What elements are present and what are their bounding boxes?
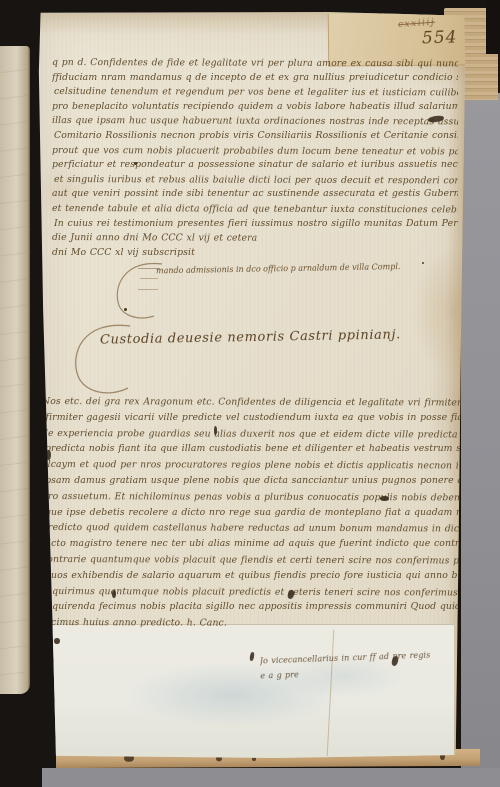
- manuscript-line: et tenende tabule et alia dicta officia …: [52, 202, 458, 218]
- fore-edge-shadow-corner: [486, 0, 500, 54]
- ink-blot: [380, 496, 389, 501]
- manuscript-line: contrarie quantumque vobis placuit que f…: [42, 552, 462, 569]
- ink-blot: [112, 590, 116, 598]
- manuscript-line: ffiduciam nram mandamus q de incepto de …: [52, 71, 458, 86]
- manuscript-line: ipsam damus gratiam usque plene nobis qu…: [42, 473, 462, 489]
- manuscript-line: pro beneplacito voluntatis recipiendo qu…: [52, 100, 458, 115]
- manuscript-line: ffirmiter gagesii vicarii ville predicte…: [42, 410, 462, 426]
- background-surface-right: [461, 93, 500, 787]
- manuscript-line: dni Mo CCC xl vij subscripsit: [52, 246, 458, 261]
- ink-blot: [54, 638, 60, 644]
- folio-number: 554: [422, 28, 458, 47]
- manuscript-line: pro assuetum. Et nichilominus penas vobi…: [42, 489, 462, 506]
- marginal-note: mando admissionis in dco officio p arnal…: [156, 262, 428, 277]
- manuscript-line: Comitario Rossilionis necnon probis viri…: [54, 129, 458, 144]
- manuscript-line: que ipse debetis recolere a dicto nro re…: [45, 505, 462, 521]
- manuscript-line: et singulis iuribus et rebus aliis baiul…: [54, 173, 458, 189]
- manuscript-line: alcaym et quod per nros procuratores reg…: [42, 457, 462, 474]
- manuscript-line: illas que ipsam huc usque habuerunt iuxt…: [52, 114, 458, 130]
- manuscript-line: predicta nobis fiant ita que illam custo…: [45, 441, 462, 457]
- manuscript-line: requirenda fecimus nobis placita sigillo…: [42, 599, 462, 615]
- entry-block-1: q pn d. Confidentes de fide et legalitat…: [52, 56, 458, 260]
- manuscript-line: requirimus quantumque nobis placuit pred…: [42, 584, 462, 601]
- repair-patch-bottom: [52, 624, 454, 759]
- manuscript-line: perficiatur et respondeatur a possession…: [52, 158, 458, 173]
- manuscript-line: In cuius rei testimonium presentes fieri…: [54, 217, 458, 232]
- ink-blot: [46, 450, 51, 460]
- manuscript-line: celsitudine tenendum et regendum per vos…: [54, 85, 458, 101]
- pen-dot: [134, 162, 137, 165]
- manuscript-line: q pn d. Confidentes de fide et legalitat…: [52, 56, 458, 72]
- facing-page-edge: [0, 46, 30, 694]
- entry-block-2: Nos etc. dei gra rex Aragonum etc. Confi…: [42, 394, 462, 631]
- manuscript-line: quos exhibendis de salario aquarum et qu…: [45, 568, 462, 584]
- pen-dot: [124, 308, 127, 311]
- heading-flourish: [68, 318, 136, 404]
- manuscript-line: Nos etc. dei gra rex Aragonum etc. Confi…: [42, 394, 462, 411]
- manuscript-line: prout que vos cum nobis placuerit probab…: [52, 144, 458, 160]
- archival-photograph: cxxiiij 554 q pn d. Confidentes de fide …: [0, 0, 500, 787]
- manuscript-line: aut que veniri possint inde sibi tenentu…: [52, 187, 458, 202]
- manuscript-page: cxxiiij 554 q pn d. Confidentes de fide …: [38, 12, 466, 758]
- manuscript-line: fecimus huius anno predicto. h. Canc.: [42, 615, 462, 632]
- manuscript-line: de experiencia probe guardias seu alias …: [42, 426, 462, 443]
- manuscript-line: die Junii anno dni Mo CCC xl vij et cete…: [52, 231, 458, 247]
- background-surface-bottom: [42, 768, 500, 787]
- section-heading: Custodia deuesie nemoris Castri ppinianj…: [100, 327, 410, 348]
- manuscript-line: predicto quod quidem castellanus habere …: [42, 520, 462, 537]
- ink-blot: [214, 426, 217, 435]
- manuscript-line: dicto magistro tenere nec ter ubi alias …: [42, 536, 462, 552]
